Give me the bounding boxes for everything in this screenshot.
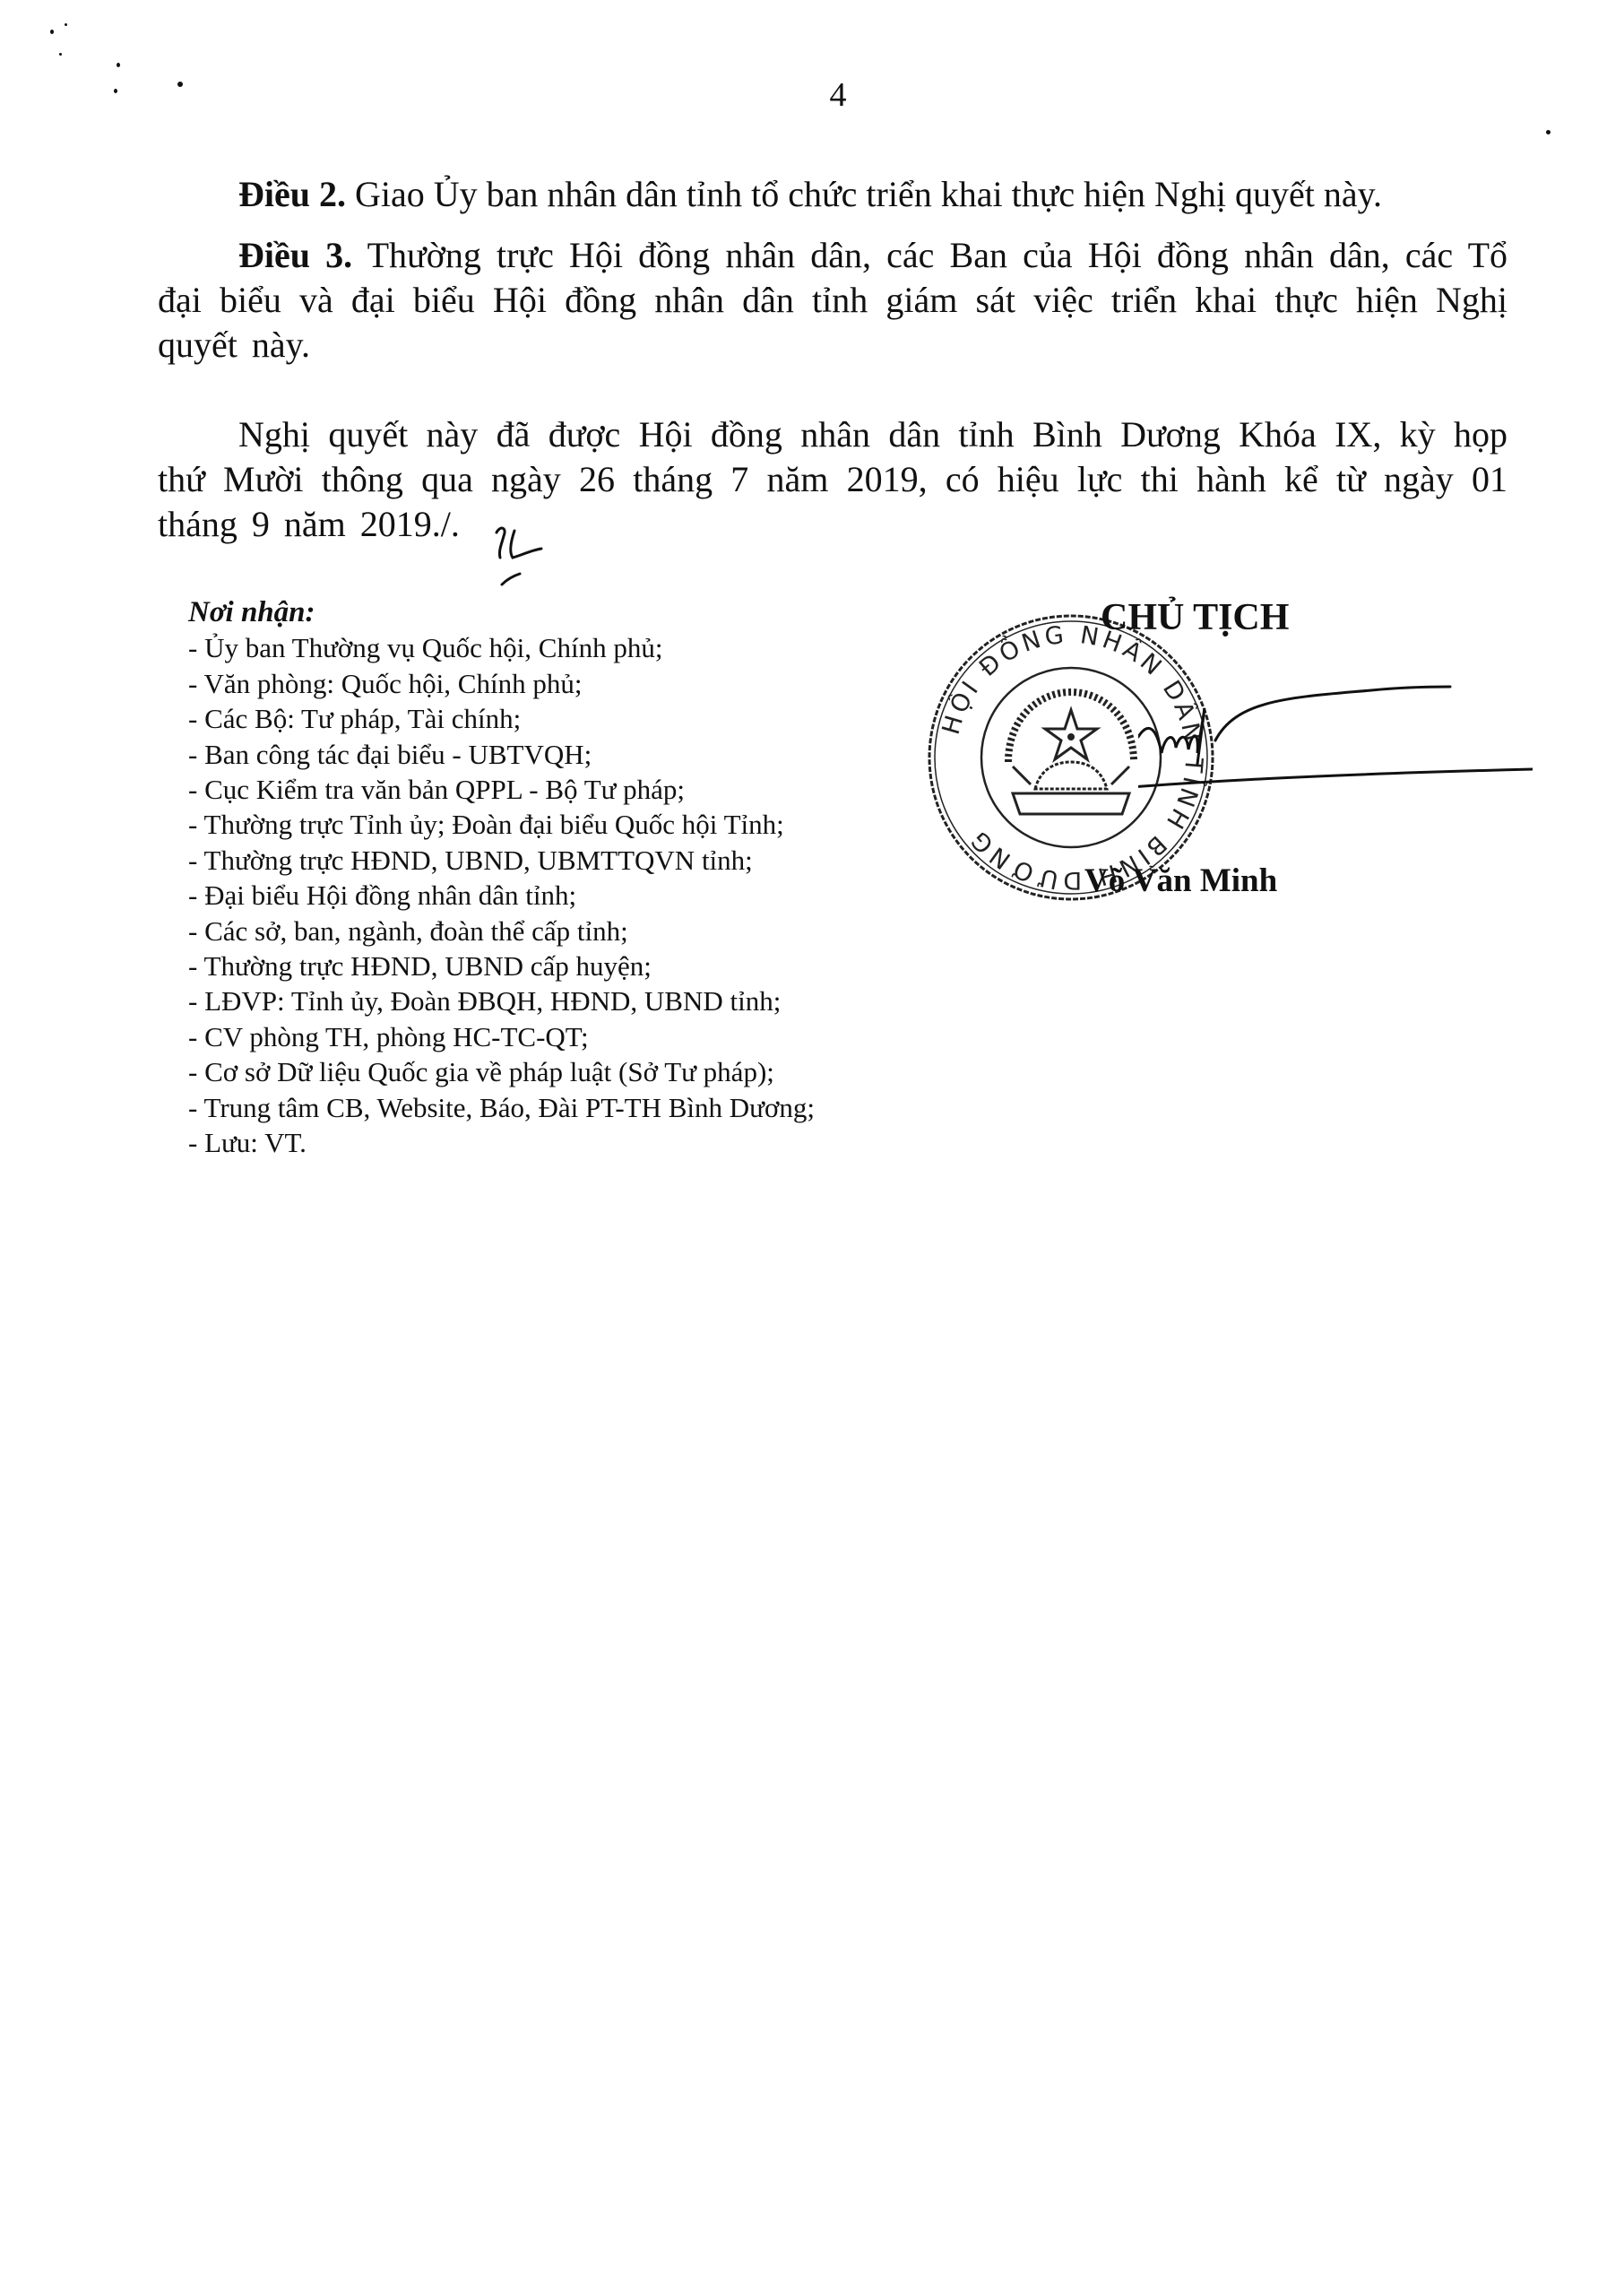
recipients-block: Nơi nhận: - Ủy ban Thường vụ Quốc hội, C… — [188, 595, 815, 1161]
signatory-title: CHỦ TỊCH — [1101, 595, 1289, 640]
article-3-text: Thường trực Hội đồng nhân dân, các Ban c… — [158, 235, 1507, 365]
recipients-heading: Nơi nhận: — [188, 595, 815, 630]
recipient-item: - Cục Kiểm tra văn bản QPPL - Bộ Tư pháp… — [188, 772, 815, 807]
closing-text: Nghị quyết này đã được Hội đồng nhân dân… — [158, 412, 1507, 547]
recipient-item: - CV phòng TH, phòng HC-TC-QT; — [188, 1019, 815, 1054]
scan-speck — [65, 23, 67, 26]
scan-speck — [50, 30, 54, 34]
recipient-item: - Ban công tác đại biểu - UBTVQH; — [188, 737, 815, 772]
scan-speck — [117, 63, 120, 67]
recipient-item: - Thường trực HĐND, UBND, UBMTTQVN tỉnh; — [188, 843, 815, 878]
recipient-item: - Thường trực Tỉnh ủy; Đoàn đại biểu Quố… — [188, 807, 815, 842]
recipient-item: - Đại biểu Hội đồng nhân dân tỉnh; — [188, 878, 815, 913]
article-3: Điều 3. Thường trực Hội đồng nhân dân, c… — [158, 233, 1507, 368]
document-page: 4 Điều 2. Giao Ủy ban nhân dân tỉnh tổ c… — [0, 0, 1624, 2295]
recipient-item: - Thường trực HĐND, UBND cấp huyện; — [188, 948, 815, 983]
closing-paragraph: Nghị quyết này đã được Hội đồng nhân dân… — [158, 412, 1507, 547]
recipient-item: - Ủy ban Thường vụ Quốc hội, Chính phủ; — [188, 630, 815, 665]
scan-speck — [177, 82, 183, 87]
article-3-label: Điều 3. — [238, 235, 352, 275]
recipient-item: - LĐVP: Tỉnh ủy, Đoàn ĐBQH, HĐND, UBND t… — [188, 983, 815, 1018]
recipient-item: - Các sở, ban, ngành, đoàn thể cấp tỉnh; — [188, 914, 815, 948]
signatory-name: Võ Văn Minh — [1084, 861, 1277, 902]
recipient-item: - Văn phòng: Quốc hội, Chính phủ; — [188, 666, 815, 701]
scan-speck — [59, 53, 62, 56]
recipient-item: - Cơ sở Dữ liệu Quốc gia về pháp luật (S… — [188, 1054, 815, 1089]
scan-speck — [1546, 130, 1551, 134]
handwritten-signature — [1138, 681, 1533, 825]
handwritten-initial-mark — [484, 518, 565, 599]
article-2-text: Giao Ủy ban nhân dân tỉnh tổ chức triển … — [346, 174, 1382, 214]
recipient-item: - Các Bộ: Tư pháp, Tài chính; — [188, 701, 815, 736]
article-2: Điều 2. Giao Ủy ban nhân dân tỉnh tổ chứ… — [158, 172, 1507, 217]
recipient-item: - Lưu: VT. — [188, 1125, 815, 1160]
recipient-item: - Trung tâm CB, Website, Báo, Đài PT-TH … — [188, 1090, 815, 1125]
recipients-list: - Ủy ban Thường vụ Quốc hội, Chính phủ; … — [188, 630, 815, 1160]
scan-speck — [114, 89, 117, 93]
page-number: 4 — [816, 75, 860, 115]
article-2-label: Điều 2. — [238, 174, 346, 214]
